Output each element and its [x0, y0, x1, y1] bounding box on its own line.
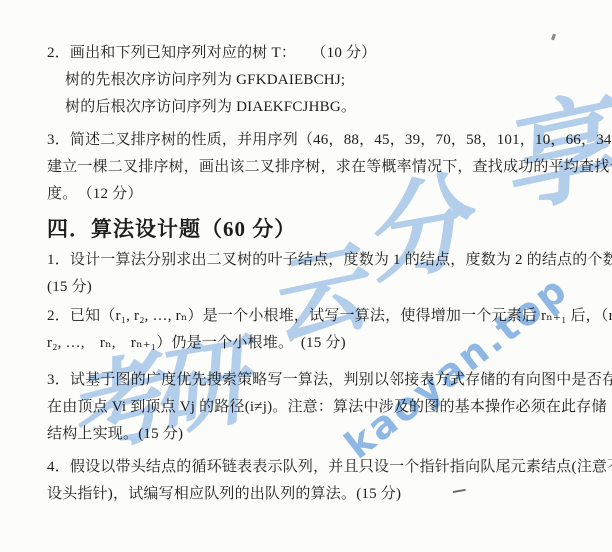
algo-question-4-line2: 设头指针)，试编写相应队列的出队列的算法。(15 分)	[47, 481, 586, 508]
algo-question-2-block: 2．已知（r₁, r₂, …, rₙ）是一个小根堆，试写一算法，使得增加一个元素…	[47, 303, 586, 357]
question-3-line1: 3．简述二叉排序树的性质，并用序列（46，88，45，39，70，58，101，…	[47, 127, 586, 154]
algo-question-4-line1: 4．假设以带头结点的循环链表表示队列，并且只设一个指针指向队尾元素结点(注意不	[47, 454, 586, 481]
algo-question-1-block: 1．设计一算法分别求出二叉树的叶子结点，度数为 1 的结点，度数为 2 的结点的…	[47, 247, 586, 301]
algo-question-2-line1: 2．已知（r₁, r₂, …, rₙ）是一个小根堆，试写一算法，使得增加一个元素…	[47, 303, 586, 330]
question-3-line2: 建立一棵二叉排序树，画出该二叉排序树，求在等概率情况下，查找成功的平均查找长	[47, 154, 586, 181]
algo-question-3-line2: 在由顶点 Vi 到顶点 Vj 的路径(i≠j)。注意：算法中涉及的图的基本操作必…	[47, 394, 586, 421]
algo-question-3-line3: 结构上实现。(15 分)	[47, 421, 586, 448]
algo-question-3-block: 3．试基于图的广度优先搜索策略写一算法，判别以邻接表方式存储的有向图中是否存 在…	[47, 367, 586, 448]
question-2-line1: 2．画出和下列已知序列对应的树 T： （10 分）	[47, 40, 586, 67]
section-4-title: 四．算法设计题（60 分）	[47, 213, 586, 245]
algo-question-1-line1: 1．设计一算法分别求出二叉树的叶子结点，度数为 1 的结点，度数为 2 的结点的…	[47, 247, 586, 274]
algo-question-1-line2: (15 分)	[47, 274, 586, 301]
document-content: 2．画出和下列已知序列对应的树 T： （10 分） 树的先根次序访问序列为 GF…	[47, 40, 586, 508]
question-2-block: 2．画出和下列已知序列对应的树 T： （10 分） 树的先根次序访问序列为 GF…	[47, 40, 586, 121]
scanned-exam-page: 2．画出和下列已知序列对应的树 T： （10 分） 树的先根次序访问序列为 GF…	[0, 0, 612, 552]
question-2-line3: 树的后根次序访问序列为 DIAEKFCJHBG。	[47, 94, 586, 121]
algo-question-4-block: 4．假设以带头结点的循环链表表示队列，并且只设一个指针指向队尾元素结点(注意不 …	[47, 454, 586, 508]
question-2-line2: 树的先根次序访问序列为 GFKDAIEBCHJ;	[47, 67, 586, 94]
question-3-line3: 度。 （12 分）	[47, 181, 586, 208]
question-3-block: 3．简述二叉排序树的性质，并用序列（46，88，45，39，70，58，101，…	[47, 127, 586, 208]
algo-question-2-line2: r₂, …, rₙ, rₙ₊₁）仍是一个小根堆。 (15 分)	[47, 330, 586, 357]
algo-question-3-line1: 3．试基于图的广度优先搜索策略写一算法，判别以邻接表方式存储的有向图中是否存	[47, 367, 586, 394]
